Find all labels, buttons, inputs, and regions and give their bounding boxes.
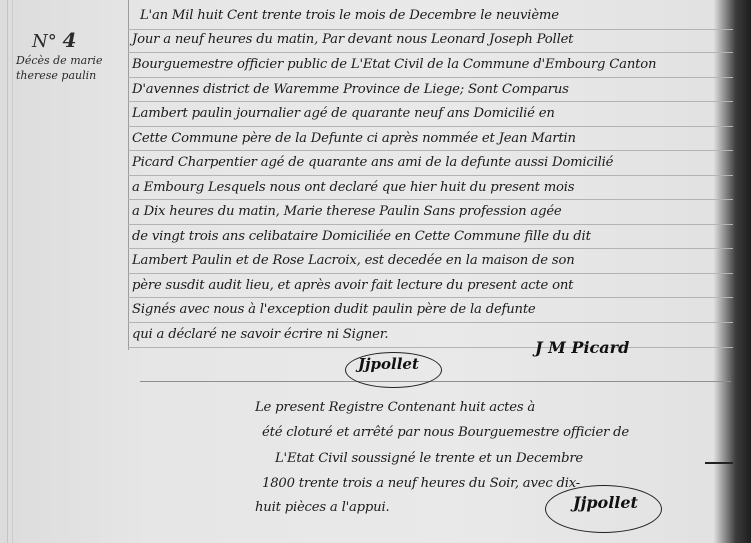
margin-note-line: Décès de marie: [16, 54, 125, 67]
record-line: qui a déclaré ne savoir écrire ni Signer…: [132, 327, 388, 342]
closing-line: huit pièces a l'appui.: [255, 500, 389, 515]
record-line: père susdit audit lieu, et après avoir f…: [132, 278, 573, 293]
margin-rule: [7, 0, 8, 543]
record-line: L'an Mil huit Cent trente trois le mois …: [140, 8, 559, 23]
entry-number-value: 4: [62, 28, 76, 52]
record-line: Picard Charpentier agé de quarante ans a…: [132, 155, 613, 170]
record-separator: [140, 381, 731, 382]
record-line: Lambert paulin journalier agé de quarant…: [132, 106, 555, 121]
closing-line: été cloturé et arrêté par nous Bourgueme…: [262, 425, 629, 440]
ruled-line: [128, 224, 733, 225]
ruled-line: [128, 175, 733, 176]
ruled-line: [128, 101, 733, 102]
entry-number-label: N°: [32, 31, 57, 52]
closing-signature: Jjpollet: [573, 493, 638, 512]
record-line: Jour a neuf heures du matin, Par devant …: [132, 32, 573, 47]
closing-line: L'Etat Civil soussigné le trente et un D…: [275, 451, 583, 466]
entry-number: N° 4: [32, 28, 125, 52]
record-line: a Embourg Lesquels nous ont declaré que …: [132, 180, 574, 195]
witness-signature: J M Picard: [535, 338, 629, 357]
ruled-line: [128, 150, 733, 151]
record-line: Lambert Paulin et de Rose Lacroix, est d…: [132, 253, 575, 268]
margin-note-line: therese paulin: [16, 69, 125, 82]
record-line: de vingt trois ans celibataire Domicilié…: [132, 229, 591, 244]
ruled-line: [128, 29, 733, 30]
record-line: Bourguemestre officier public de L'Etat …: [132, 57, 656, 72]
officer-signature: Jjpollet: [358, 355, 419, 373]
ruled-line: [128, 199, 733, 200]
document-page: N° 4 Décès de marie therese paulin L'an …: [0, 0, 751, 543]
ruled-line: [128, 77, 733, 78]
closing-line: 1800 trente trois a neuf heures du Soir,…: [262, 476, 580, 491]
record-line: Signés avec nous à l'exception dudit pau…: [132, 302, 536, 317]
ruled-line: [128, 297, 733, 298]
ruled-line: [128, 248, 733, 249]
record-line: D'avennes district de Waremme Province d…: [132, 82, 569, 97]
ruled-line: [128, 52, 733, 53]
line-filler-dash: [705, 462, 733, 464]
ruled-line: [128, 273, 733, 274]
ruled-line: [128, 322, 733, 323]
margin-note: N° 4 Décès de marie therese paulin: [10, 28, 125, 82]
ruled-line: [128, 126, 733, 127]
record-line: Cette Commune père de la Defunte ci aprè…: [132, 131, 576, 146]
ruled-line: [128, 347, 733, 348]
closing-line: Le present Registre Contenant huit actes…: [255, 400, 535, 415]
record-line: a Dix heures du matin, Marie therese Pau…: [132, 204, 562, 219]
